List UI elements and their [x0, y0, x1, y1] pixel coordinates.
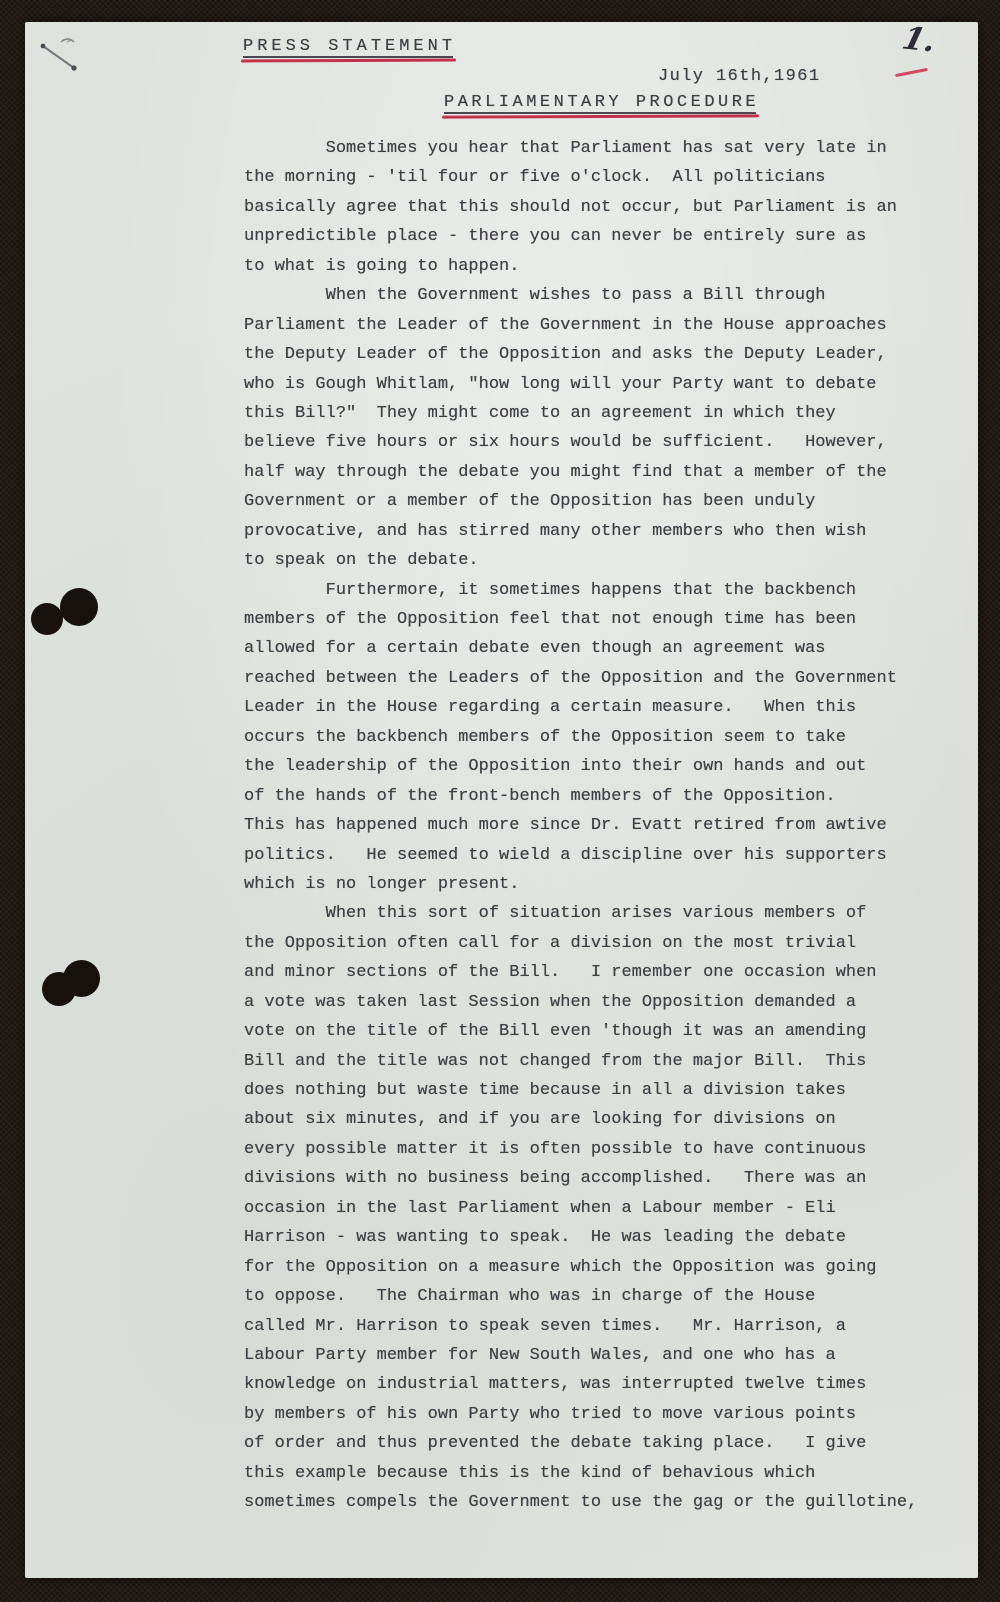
- hole-punch-mark: [63, 960, 100, 997]
- hole-punch-mark: [60, 588, 98, 626]
- document-title: PARLIAMENTARY PROCEDURE: [444, 93, 759, 112]
- document-line: Leader in the House regarding a certain …: [244, 693, 917, 722]
- document-line: the Opposition often call for a division…: [244, 929, 917, 958]
- document-line: occurs the backbench members of the Oppo…: [244, 723, 917, 752]
- document-line: When the Government wishes to pass a Bil…: [244, 281, 917, 310]
- document-line: knowledge on industrial matters, was int…: [244, 1370, 917, 1399]
- document-line: Furthermore, it sometimes happens that t…: [244, 576, 917, 605]
- document-line: the leadership of the Opposition into th…: [244, 752, 917, 781]
- hole-punch-mark: [31, 603, 63, 635]
- press-statement-label: PRESS STATEMENT: [243, 37, 456, 56]
- document-line: who is Gough Whitlam, "how long will you…: [244, 370, 917, 399]
- document-line: politics. He seemed to wield a disciplin…: [244, 841, 917, 870]
- document-line: the morning - 'til four or five o'clock.…: [244, 163, 917, 192]
- document-line: which is no longer present.: [244, 870, 917, 899]
- document-line: and minor sections of the Bill. I rememb…: [244, 958, 917, 987]
- document-line: reached between the Leaders of the Oppos…: [244, 664, 917, 693]
- document-line: Government or a member of the Opposition…: [244, 487, 917, 516]
- document-line: allowed for a certain debate even though…: [244, 634, 917, 663]
- document-line: Bill and the title was not changed from …: [244, 1047, 917, 1076]
- page-number-red-underline: [895, 68, 928, 77]
- document-line: Parliament the Leader of the Government …: [244, 311, 917, 340]
- document-body: Sometimes you hear that Parliament has s…: [244, 134, 917, 1518]
- document-line: vote on the title of the Bill even 'thou…: [244, 1017, 917, 1046]
- document-line: does nothing but waste time because in a…: [244, 1076, 917, 1105]
- press-statement-heading: PRESS STATEMENT: [243, 37, 456, 56]
- document-date: July 16th,1961: [658, 67, 820, 86]
- document-line: every possible matter it is often possib…: [244, 1135, 917, 1164]
- document-line: to speak on the debate.: [244, 546, 917, 575]
- document-line: of the hands of the front-bench members …: [244, 782, 917, 811]
- document-line: a vote was taken last Session when the O…: [244, 988, 917, 1017]
- document-line: When this sort of situation arises vario…: [244, 899, 917, 928]
- document-line: this Bill?" They might come to an agreem…: [244, 399, 917, 428]
- document-line: about six minutes, and if you are lookin…: [244, 1105, 917, 1134]
- document-line: provocative, and has stirred many other …: [244, 517, 917, 546]
- document-line: members of the Opposition feel that not …: [244, 605, 917, 634]
- document-line: this example because this is the kind of…: [244, 1459, 917, 1488]
- document-line: for the Opposition on a measure which th…: [244, 1253, 917, 1282]
- document-line: divisions with no business being accompl…: [244, 1164, 917, 1193]
- document-page: PRESS STATEMENT 1. July 16th,1961 PARLIA…: [25, 22, 978, 1578]
- document-line: of order and thus prevented the debate t…: [244, 1429, 917, 1458]
- pin-scratch-mark: [39, 36, 87, 78]
- document-line: to what is going to happen.: [244, 252, 917, 281]
- document-line: basically agree that this should not occ…: [244, 193, 917, 222]
- document-line: to oppose. The Chairman who was in charg…: [244, 1282, 917, 1311]
- document-line: Labour Party member for New South Wales,…: [244, 1341, 917, 1370]
- document-line: This has happened much more since Dr. Ev…: [244, 811, 917, 840]
- handwritten-page-number: 1.: [899, 21, 940, 60]
- document-line: occasion in the last Parliament when a L…: [244, 1194, 917, 1223]
- document-line: sometimes compels the Government to use …: [244, 1488, 917, 1517]
- document-title-heading: PARLIAMENTARY PROCEDURE: [444, 93, 759, 112]
- document-line: called Mr. Harrison to speak seven times…: [244, 1312, 917, 1341]
- document-line: believe five hours or six hours would be…: [244, 428, 917, 457]
- document-line: Sometimes you hear that Parliament has s…: [244, 134, 917, 163]
- document-line: unpredictible place - there you can neve…: [244, 222, 917, 251]
- document-line: the Deputy Leader of the Opposition and …: [244, 340, 917, 369]
- document-line: by members of his own Party who tried to…: [244, 1400, 917, 1429]
- scanned-document-photo: { "page": { "press_statement_label": "PR…: [0, 0, 1000, 1602]
- document-line: Harrison - was wanting to speak. He was …: [244, 1223, 917, 1252]
- document-line: half way through the debate you might fi…: [244, 458, 917, 487]
